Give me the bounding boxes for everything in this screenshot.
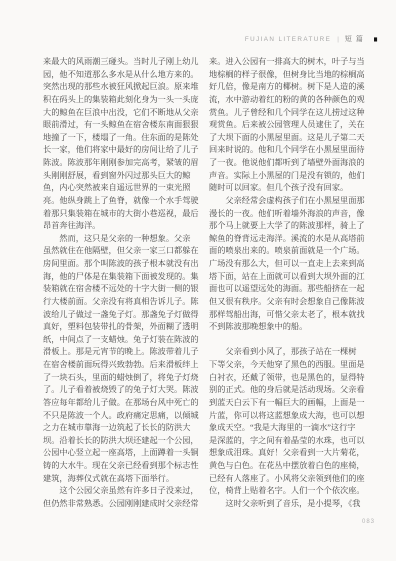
page-header: FUJIAN LITERATURE | 短篇 ■: [245, 34, 378, 44]
section-label: 短篇: [345, 34, 367, 44]
right-text-column: 来。进入公园有一排高大的树木，叶子与当 地棕榈的样子很像，但树身比当地的棕榈高 …: [209, 56, 369, 511]
magazine-page: FUJIAN LITERATURE | 短篇 ■ 来最大的风雨潮三碰头。当时儿子…: [0, 0, 396, 561]
section-marker-icon: ■: [374, 35, 378, 44]
left-text-column: 来最大的风雨潮三碰头。当时儿子刚上幼儿 园，他不知道那么多水是从什么地方来的。 …: [43, 56, 203, 511]
page-number: 083: [362, 519, 375, 525]
journal-name: FUJIAN LITERATURE: [245, 36, 331, 43]
header-separator: |: [337, 36, 339, 43]
